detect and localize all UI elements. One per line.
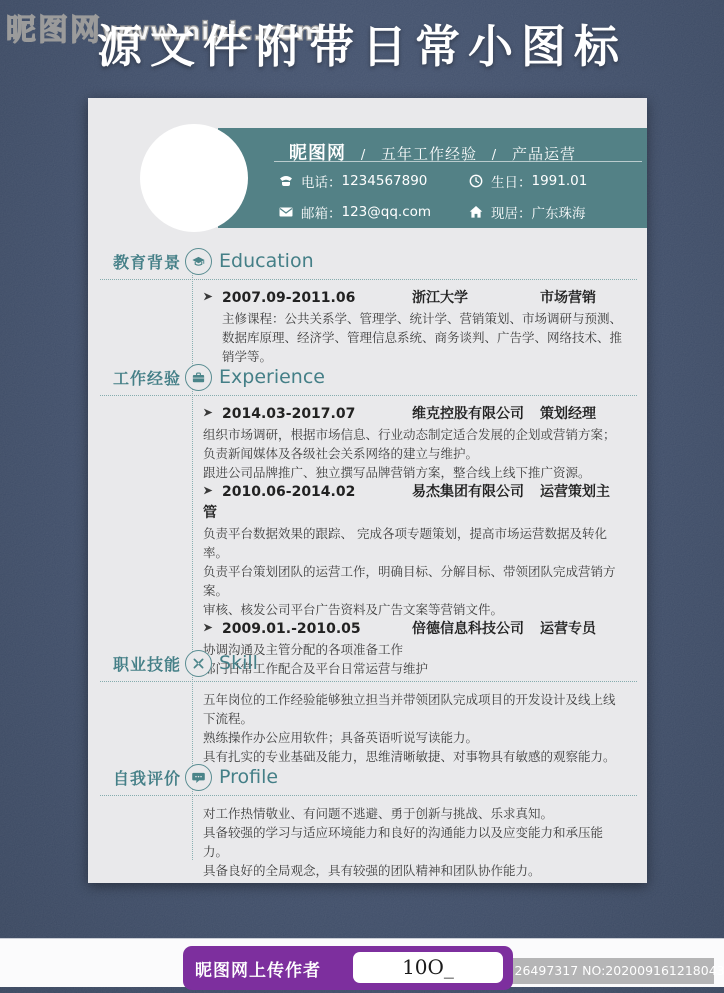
contact-value: 广东珠海 <box>532 202 586 222</box>
skill-line: 五年岗位的工作经验能够独立担当并带领团队完成项目的开发设计及线上线下流程。 <box>203 690 623 728</box>
resume-card: 昵图网 / 五年工作经验 / 产品运营 电话： 1234567890 <box>88 98 647 883</box>
speech-bubble-icon <box>185 764 212 791</box>
entry-company: 倍德信息科技公司 <box>412 619 540 640</box>
birthday-icon <box>468 173 484 189</box>
phone-icon <box>278 173 294 189</box>
contact-residence: 现居： 广东珠海 <box>468 202 587 222</box>
profile-line: 具备良好的全局观念，具有较强的团队精神和团队协作能力。 <box>203 861 623 880</box>
contact-list: 电话： 1234567890 生日： 1991.01 邮箱： 123@qq.co… <box>278 171 587 222</box>
section-title-en: Profile <box>219 766 278 788</box>
entry-major: 市场营销 <box>540 290 596 306</box>
poster-title: 源文件附带日常小图标 <box>0 10 724 75</box>
section-skill: 职业技能 Skill 五年岗位的工作经验能够独立担当并带领团队完成项目的开发设计… <box>88 650 647 766</box>
profile-line: 对工作热情敬业、有问题不逃避、勇于创新与挑战、乐求真知。 <box>203 804 623 823</box>
avatar <box>140 124 248 232</box>
entry-school: 浙江大学 <box>412 288 540 309</box>
uploader-badge: 昵图网上传作者 10O_ <box>183 946 513 990</box>
entry-company: 易杰集团有限公司 <box>412 482 540 503</box>
section-title-zh: 自我评价 <box>113 766 181 789</box>
arrow-bullet-icon <box>203 619 217 640</box>
arrow-bullet-icon <box>203 288 217 309</box>
section-title-zh: 职业技能 <box>113 652 181 675</box>
poster-page: { "poster": { "title": "源文件附带日常小图标" }, "… <box>0 0 724 993</box>
entry-position: 策划经理 <box>540 406 596 422</box>
section-body: 2007.09-2011.06浙江大学市场营销 主修课程：公共关系学、管理学、统… <box>203 288 623 366</box>
profile-line: 具备较强的学习与适应环境能力和良好的沟通能力以及应变能力和承压能力。 <box>203 823 623 861</box>
contact-value: 1234567890 <box>342 173 428 189</box>
section-rule <box>100 681 637 682</box>
contact-phone: 电话： 1234567890 <box>278 171 468 191</box>
section-title-en: Experience <box>219 366 325 388</box>
contact-value: 123@qq.com <box>342 204 432 220</box>
section-header: 自我评价 Profile <box>88 764 647 790</box>
skill-line: 熟练操作办公应用软件；具备英语听说写读能力。 <box>203 728 623 747</box>
section-profile: 自我评价 Profile 对工作热情敬业、有问题不逃避、勇于创新与挑战、乐求真知… <box>88 764 647 880</box>
graduation-cap-icon <box>185 248 212 275</box>
experience-entry-head: 2010.06-2014.02易杰集团有限公司运营策划主管 <box>203 482 623 524</box>
experience-line: 组织市场调研，根据市场信息、行业动态制定适合发展的企划或营销方案； <box>203 425 623 444</box>
uploader-name-box: 10O_ <box>353 952 503 983</box>
section-title-en: Skill <box>219 652 258 674</box>
email-icon <box>278 204 294 220</box>
contact-label: 电话： <box>301 171 342 191</box>
contact-birthday: 生日： 1991.01 <box>468 171 587 191</box>
experience-line: 审核、核发公司平台广告资料及广告文案等营销文件。 <box>203 600 623 619</box>
experience-line: 负责平台数据效果的跟踪、 完成各项专题策划，提高市场运营数据及转化率。 <box>203 524 623 562</box>
uploader-label: 昵图网上传作者 <box>195 956 321 981</box>
contact-label: 生日： <box>491 171 532 191</box>
section-header: 职业技能 Skill <box>88 650 647 676</box>
education-entry-head: 2007.09-2011.06浙江大学市场营销 <box>203 288 623 309</box>
section-body: 2014.03-2017.07维克控股有限公司策划经理 组织市场调研，根据市场信… <box>203 404 623 678</box>
arrow-bullet-icon <box>203 404 217 425</box>
entry-date: 2007.09-2011.06 <box>222 288 412 309</box>
section-header: 工作经验 Experience <box>88 364 647 390</box>
section-title-zh: 教育背景 <box>113 250 181 273</box>
home-icon <box>468 204 484 220</box>
contact-email: 邮箱： 123@qq.com <box>278 202 468 222</box>
section-rule <box>100 395 637 396</box>
section-title-en: Education <box>219 250 314 272</box>
entry-position: 运营专员 <box>540 621 596 637</box>
experience-line: 跟进公司品牌推广、独立撰写品牌营销方案，整合线上线下推广资源。 <box>203 463 623 482</box>
contact-label: 现居： <box>491 202 532 222</box>
experience-line: 负责平台策划团队的运营工作，明确目标、分解目标、带领团队完成营销方案。 <box>203 562 623 600</box>
briefcase-icon <box>185 364 212 391</box>
section-rule <box>100 279 637 280</box>
entry-date: 2014.03-2017.07 <box>222 404 412 425</box>
section-title-zh: 工作经验 <box>113 366 181 389</box>
section-experience: 工作经验 Experience 2014.03-2017.07维克控股有限公司策… <box>88 364 647 678</box>
entry-company: 维克控股有限公司 <box>412 404 540 425</box>
contact-label: 邮箱： <box>301 202 342 222</box>
section-rule <box>100 795 637 796</box>
experience-entry-head: 2014.03-2017.07维克控股有限公司策划经理 <box>203 404 623 425</box>
section-header: 教育背景 Education <box>88 248 647 274</box>
section-education: 教育背景 Education 2007.09-2011.06浙江大学市场营销 主… <box>88 248 647 366</box>
experience-line: 负责新闻媒体及各级社会关系网络的建立与维护。 <box>203 444 623 463</box>
section-body: 五年岗位的工作经验能够独立担当并带领团队完成项目的开发设计及线上线下流程。 熟练… <box>203 690 623 766</box>
entry-date: 2009.01.-2010.05 <box>222 619 412 640</box>
entry-date: 2010.06-2014.02 <box>222 482 412 503</box>
arrow-bullet-icon <box>203 482 217 503</box>
header-band: 昵图网 / 五年工作经验 / 产品运营 电话： 1234567890 <box>218 128 647 228</box>
image-id-bar: ID:26497317 NO:20200916121804340000 <box>497 958 714 984</box>
experience-entry-head: 2009.01.-2010.05倍德信息科技公司运营专员 <box>203 619 623 640</box>
education-line: 主修课程：公共关系学、管理学、统计学、营销策划、市场调研与预测、数据库原理、经济… <box>203 309 623 366</box>
section-body: 对工作热情敬业、有问题不逃避、勇于创新与挑战、乐求真知。 具备较强的学习与适应环… <box>203 804 623 880</box>
crossed-tools-icon <box>185 650 212 677</box>
contact-value: 1991.01 <box>532 173 588 189</box>
header-divider <box>274 161 642 162</box>
